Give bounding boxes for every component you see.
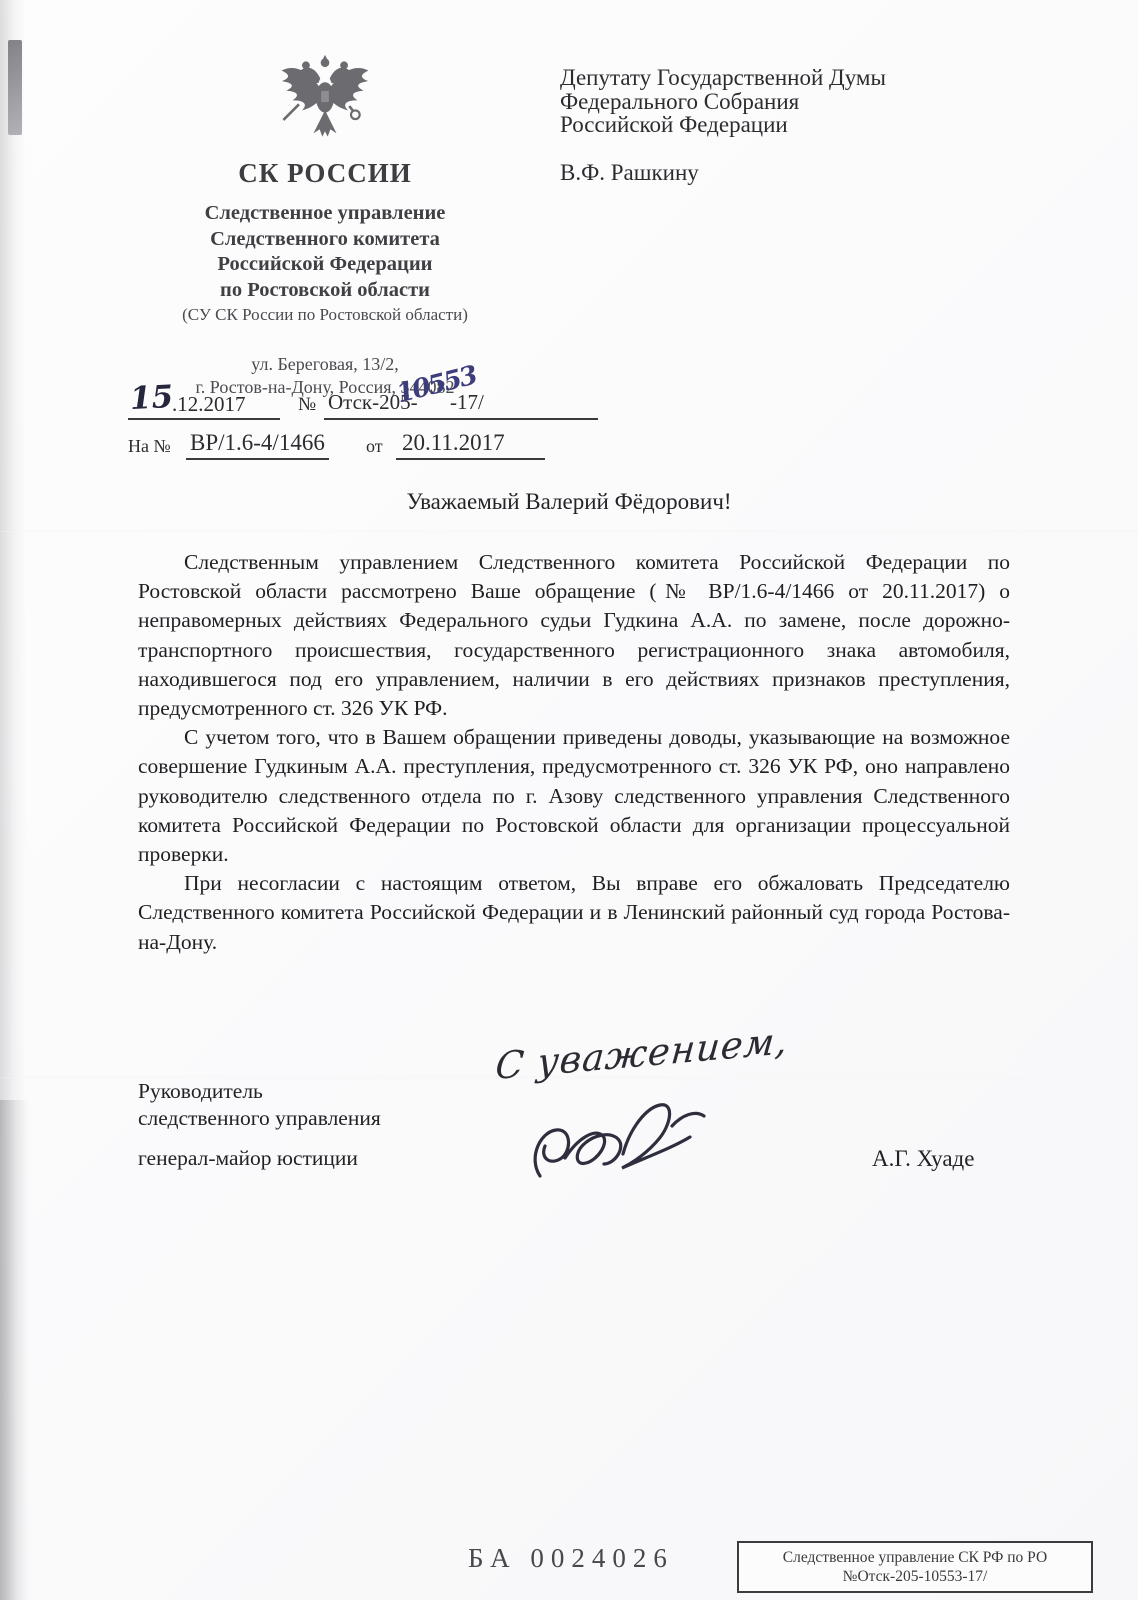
body-paragraph: Следственным управлением Следственного к… <box>138 548 1010 723</box>
number-sign-label: № <box>298 394 316 416</box>
recipient-line: Российской Федерации <box>560 113 980 137</box>
letter-body: Следственным управлением Следственного к… <box>138 548 1010 957</box>
reference-block: 15 .12.2017 № Отск-205- 10553 -17/ На № … <box>128 384 598 464</box>
recipient-name: В.Ф. Рашкину <box>560 160 980 186</box>
outgoing-number-suffix: -17/ <box>450 390 484 415</box>
salutation: Уважаемый Валерий Фёдорович! <box>0 489 1138 515</box>
scan-edge-shadow-bottom <box>0 1100 30 1600</box>
number-underline <box>324 418 598 420</box>
reply-to-row: На № ВР/1.6-4/1466 от 20.11.2017 <box>128 428 598 464</box>
handwritten-signature <box>520 1096 750 1196</box>
stamp-line: №Отск-205-10553-17/ <box>843 1567 988 1586</box>
blank-form-number: БА 0024026 <box>468 1543 674 1574</box>
org-short-title: СК РОССИИ <box>120 158 530 189</box>
org-name-line: по Ростовской области <box>120 278 530 304</box>
registration-stamp-box: Следственное управление СК РФ по РО №Отс… <box>737 1541 1093 1593</box>
body-paragraph: С учетом того, что в Вашем обращении при… <box>138 723 1010 869</box>
position-line: Руководитель <box>138 1078 381 1105</box>
reply-ot-label: от <box>366 436 383 457</box>
outgoing-number-row: 15 .12.2017 № Отск-205- 10553 -17/ <box>128 384 598 424</box>
recipient-line: Федерального Собрания <box>560 90 980 114</box>
reply-date: 20.11.2017 <box>396 430 545 460</box>
position-line: следственного управления <box>138 1105 381 1132</box>
reply-to-label: На № <box>128 436 171 457</box>
org-name-line: Следственное управление <box>120 201 530 227</box>
paper-crease-top <box>0 530 1138 533</box>
russian-coat-of-arms-icon <box>273 48 377 152</box>
scan-corner-mark <box>8 40 22 135</box>
letterhead: СК РОССИИ Следственное управление Следст… <box>120 48 530 399</box>
printed-date: .12.2017 <box>172 392 246 417</box>
recipient-block: Депутату Государственной Думы Федерально… <box>560 66 980 186</box>
org-abbreviation: (СУ СК России по Ростовской области) <box>120 305 530 325</box>
org-name-line: Следственного комитета <box>120 227 530 253</box>
signer-position: Руководитель следственного управления <box>138 1078 381 1132</box>
signer-rank: генерал-майор юстиции <box>138 1146 358 1171</box>
scanned-letter-page: СК РОССИИ Следственное управление Следст… <box>0 0 1138 1600</box>
reply-number: ВР/1.6-4/1466 <box>186 430 329 460</box>
date-underline <box>128 418 280 420</box>
org-name-line: Российской Федерации <box>120 252 530 278</box>
stamp-line: Следственное управление СК РФ по РО <box>783 1548 1047 1567</box>
recipient-line: Депутату Государственной Думы <box>560 66 980 90</box>
signer-name: А.Г. Хуаде <box>872 1146 974 1172</box>
handwritten-day: 15 <box>129 379 174 417</box>
body-paragraph: При несогласии с настоящим ответом, Вы в… <box>138 869 1010 957</box>
